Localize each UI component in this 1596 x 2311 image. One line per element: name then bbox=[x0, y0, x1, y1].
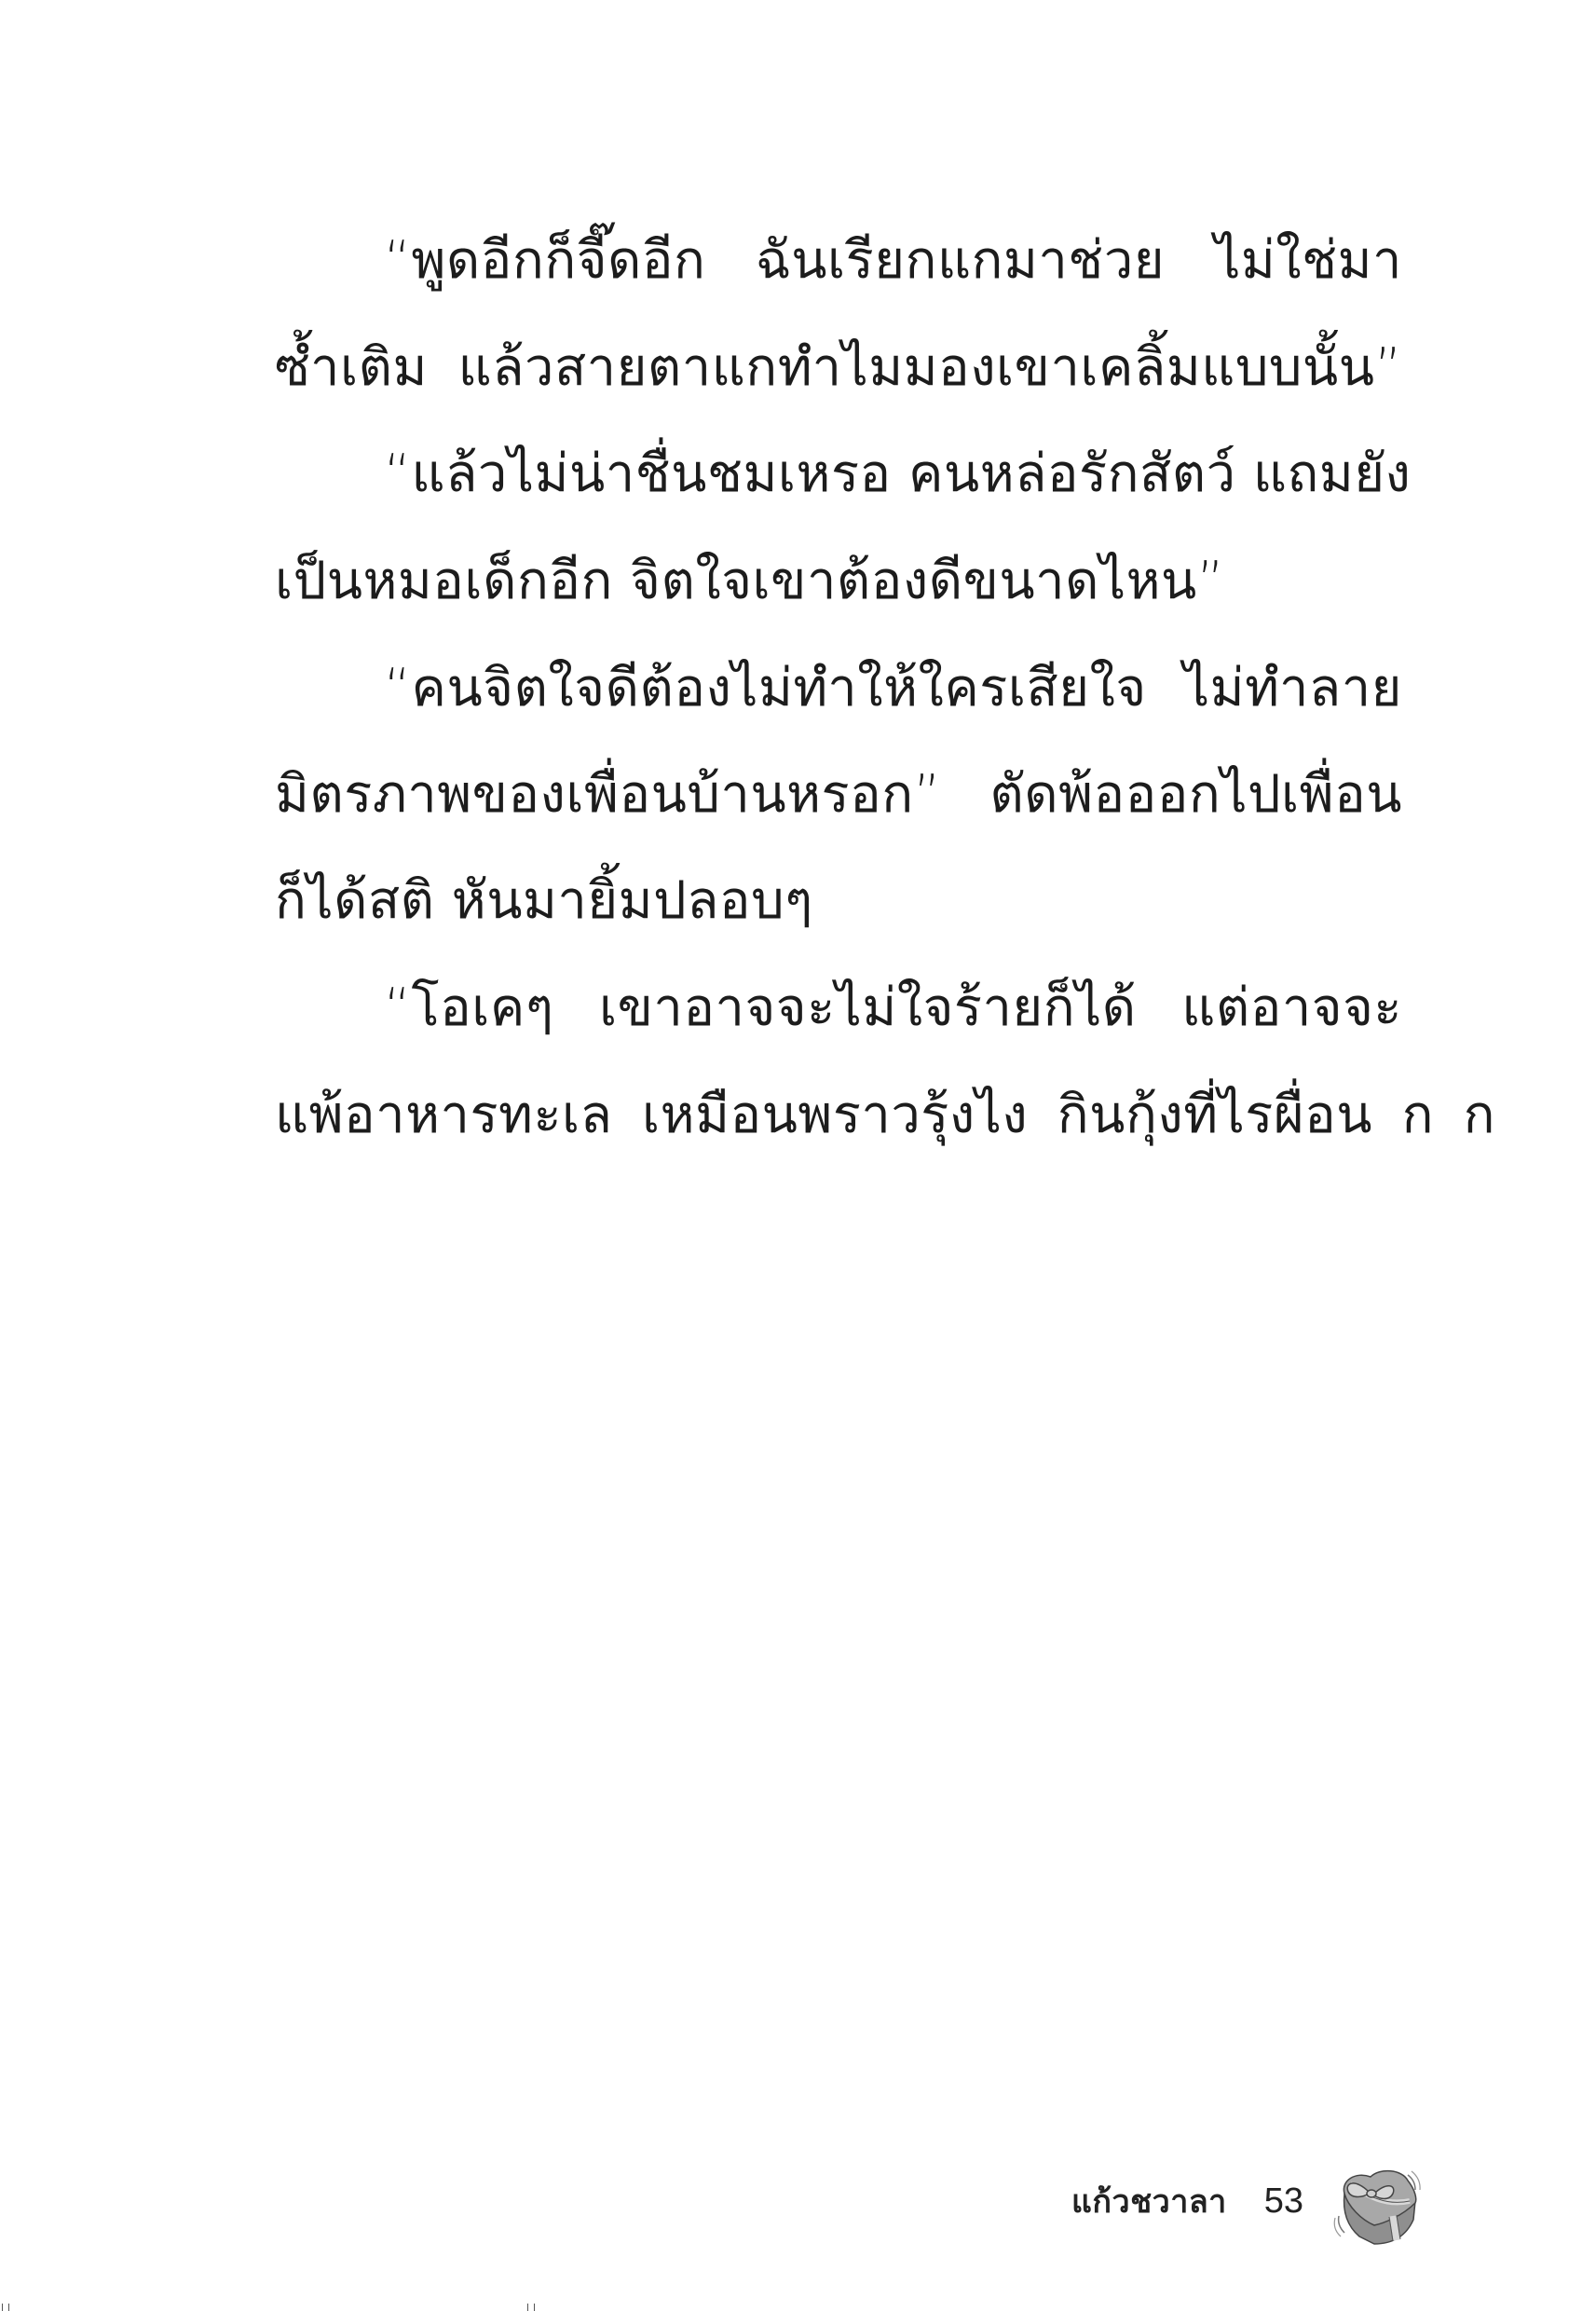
text-line: “แล้วไม่น่าชื่นชมเหรอ คนหล่อรักสัตว์ แถม… bbox=[384, 448, 1402, 500]
page-footer: แก้วชวาลา 53 bbox=[1071, 2164, 1303, 2238]
text-line: “พูดอีกก็จี๊ดอีก ฉันเรียกแกมาช่วย ไม่ใช่… bbox=[384, 235, 1402, 287]
page-number: 53 bbox=[1264, 2181, 1303, 2222]
text-line: “คนจิตใจดีต้องไม่ทำให้ใครเสียใจ ไม่ทำลาย bbox=[384, 663, 1402, 715]
crop-mark bbox=[527, 2304, 535, 2311]
text-line: แพ้อาหารทะเล เหมือนพราวรุ้งไง กินกุ้งที่… bbox=[275, 1089, 1495, 1142]
text-line: “โอเคๆ เขาอาจจะไม่ใจร้ายก็ได้ แต่อาจจะ bbox=[384, 982, 1402, 1034]
print-crop-marks bbox=[0, 2298, 1596, 2311]
text-line: ก็ได้สติ หันมายิ้มปลอบๆ bbox=[275, 875, 813, 927]
text-line: เป็นหมอเด็กอีก จิตใจเขาต้องดีขนาดไหน” bbox=[275, 555, 1224, 608]
text-line: มิตรภาพของเพื่อนบ้านหรอก” ตัดพ้อออกไปเพื… bbox=[275, 769, 1402, 821]
heart-gift-box-icon bbox=[1328, 2164, 1430, 2248]
book-page: “พูดอีกก็จี๊ดอีก ฉันเรียกแกมาช่วย ไม่ใช่… bbox=[0, 0, 1596, 2311]
crop-mark bbox=[2, 2304, 9, 2311]
text-line: ซ้ำเติม แล้วสายตาแกทำไมมองเขาเคลิ้มแบบนั… bbox=[275, 342, 1402, 394]
book-title: แก้วชวาลา bbox=[1071, 2176, 1227, 2226]
